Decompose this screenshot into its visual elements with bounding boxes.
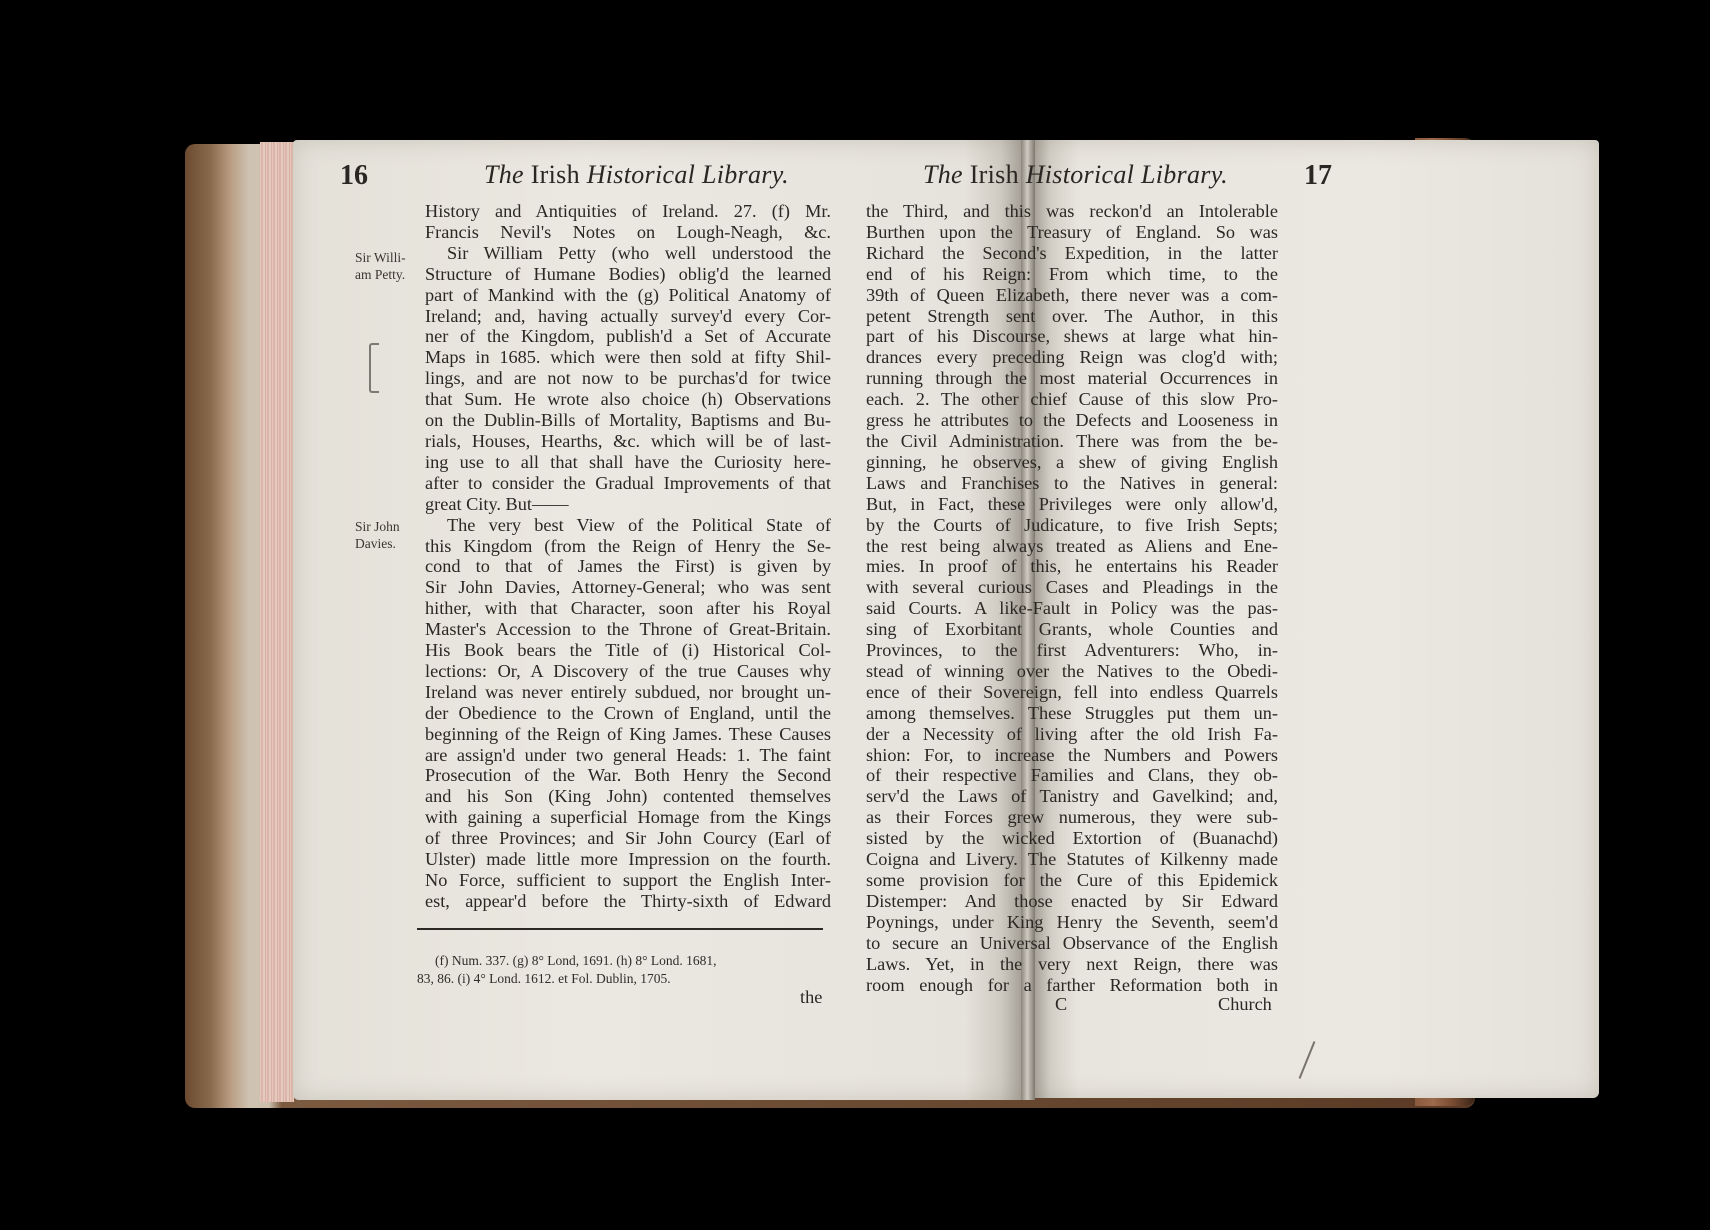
text-line: sisted by the wicked Extortion of (Buana… bbox=[866, 828, 1278, 849]
text-line: beginning of the Reign of King James. Th… bbox=[425, 724, 831, 745]
text-line: of three Provinces; and Sir John Courcy … bbox=[425, 828, 831, 849]
text-line: this Kingdom (from the Reign of Henry th… bbox=[425, 536, 831, 557]
catchword-right: Church bbox=[1218, 994, 1272, 1015]
text-line: the rest being always treated as Aliens … bbox=[866, 536, 1278, 557]
text-line: part of Mankind with the (g) Political A… bbox=[425, 285, 831, 306]
text-line: Distemper: And those enacted by Sir Edwa… bbox=[866, 891, 1278, 912]
text-line: hither, with that Character, soon after … bbox=[425, 598, 831, 619]
running-head-left: The Irish Historical Library. bbox=[484, 160, 789, 190]
text-line: Provinces, to the first Adventurers: Who… bbox=[866, 640, 1278, 661]
text-line: the Third, and this was reckon'd an Into… bbox=[866, 201, 1278, 222]
footnote-rule bbox=[417, 928, 823, 930]
text-line: end of his Reign: From which time, to th… bbox=[866, 264, 1278, 285]
text-line: with gaining a superficial Homage from t… bbox=[425, 807, 831, 828]
right-page-body: the Third, and this was reckon'd an Into… bbox=[866, 201, 1278, 995]
text-line: to secure an Universal Observance of the… bbox=[866, 933, 1278, 954]
running-head-word: Library. bbox=[1141, 160, 1228, 189]
text-line: Structure of Humane Bodies) oblig'd the … bbox=[425, 264, 831, 285]
text-line: Ireland; and, having actually survey'd e… bbox=[425, 306, 831, 327]
marginal-line: Sir Willi- bbox=[355, 249, 406, 266]
text-line: great City. But—— bbox=[425, 494, 831, 515]
text-line: ner of the Kingdom, publish'd a Set of A… bbox=[425, 326, 831, 347]
text-line: drances every preceding Reign was clog'd… bbox=[866, 347, 1278, 368]
text-line: said Courts. A like-Fault in Policy was … bbox=[866, 598, 1278, 619]
text-line: His Book bears the Title of (i) Historic… bbox=[425, 640, 831, 661]
running-head-word: The bbox=[484, 160, 524, 189]
text-line: ing use to all that shall have the Curio… bbox=[425, 452, 831, 473]
text-line: Ulster) made little more Impression on t… bbox=[425, 849, 831, 870]
text-line: Prosecution of the War. Both Henry the S… bbox=[425, 765, 831, 786]
text-line: No Force, sufficient to support the Engl… bbox=[425, 870, 831, 891]
text-line: and his Son (King John) contented themse… bbox=[425, 786, 831, 807]
text-line: But, in Fact, these Privileges were only… bbox=[866, 494, 1278, 515]
text-line: are assign'd under two general Heads: 1.… bbox=[425, 745, 831, 766]
running-head-word: Irish bbox=[970, 160, 1019, 189]
text-line: Ireland was never entirely subdued, nor … bbox=[425, 682, 831, 703]
marginal-line: am Petty. bbox=[355, 266, 406, 283]
text-line: Poynings, under King Henry the Seventh, … bbox=[866, 912, 1278, 933]
marginal-line: Davies. bbox=[355, 535, 400, 552]
marginal-line: Sir John bbox=[355, 518, 400, 535]
text-line: 39th of Queen Elizabeth, there never was… bbox=[866, 285, 1278, 306]
pencil-bracket-mark bbox=[369, 343, 379, 393]
text-line: rials, Houses, Hearths, &c. which will b… bbox=[425, 431, 831, 452]
text-line: stead of winning over the Natives to the… bbox=[866, 661, 1278, 682]
text-line: the Civil Administration. There was from… bbox=[866, 431, 1278, 452]
marginal-note-davies: Sir John Davies. bbox=[355, 518, 400, 552]
text-line: shion: For, to increase the Numbers and … bbox=[866, 745, 1278, 766]
text-line: est, appear'd before the Thirty-sixth of… bbox=[425, 891, 831, 912]
text-line: Burthen upon the Treasury of England. So… bbox=[866, 222, 1278, 243]
text-line: der Obedience to the Crown of England, u… bbox=[425, 703, 831, 724]
text-line: Master's Accession to the Throne of Grea… bbox=[425, 619, 831, 640]
running-head-right: The Irish Historical Library. bbox=[923, 160, 1228, 190]
footnote-line: (f) Num. 337. (g) 8° Lond, 1691. (h) 8° … bbox=[417, 952, 827, 970]
text-line: der a Necessity of living after the old … bbox=[866, 724, 1278, 745]
page-edges-left bbox=[260, 142, 294, 1102]
running-head-word: The bbox=[923, 160, 963, 189]
text-line: The very best View of the Political Stat… bbox=[425, 515, 831, 536]
text-line: as their Forces grew numerous, they were… bbox=[866, 807, 1278, 828]
text-line: gress he attributes to the Defects and L… bbox=[866, 410, 1278, 431]
text-line: Sir John Davies, Attorney-General; who w… bbox=[425, 577, 831, 598]
text-line: cond to that of James the First) is give… bbox=[425, 556, 831, 577]
running-head-word: Historical bbox=[1026, 160, 1134, 189]
catchword-left: the bbox=[800, 987, 822, 1008]
text-line: with several curious Cases and Pleadings… bbox=[866, 577, 1278, 598]
text-line: ginning, he observes, a shew of giving E… bbox=[866, 452, 1278, 473]
footnote-line: 83, 86. (i) 4° Lond. 1612. et Fol. Dubli… bbox=[417, 970, 827, 988]
text-line: that Sum. He wrote also choice (h) Obser… bbox=[425, 389, 831, 410]
text-line: Maps in 1685. which were then sold at fi… bbox=[425, 347, 831, 368]
marginal-note-petty: Sir Willi- am Petty. bbox=[355, 249, 406, 283]
text-line: Sir William Petty (who well understood t… bbox=[425, 243, 831, 264]
text-line: by the Courts of Judicature, to five Iri… bbox=[866, 515, 1278, 536]
text-line: on the Dublin-Bills of Mortality, Baptis… bbox=[425, 410, 831, 431]
text-line: Laws and Franchises to the Natives in ge… bbox=[866, 473, 1278, 494]
text-line: after to consider the Gradual Improvemen… bbox=[425, 473, 831, 494]
text-line: Coigna and Livery. The Statutes of Kilke… bbox=[866, 849, 1278, 870]
text-line: some provision for the Cure of this Epid… bbox=[866, 870, 1278, 891]
text-line: lections: Or, A Discovery of the true Ca… bbox=[425, 661, 831, 682]
text-line: of their respective Families and Clans, … bbox=[866, 765, 1278, 786]
running-head-word: Library. bbox=[702, 160, 789, 189]
text-line: ence of their Sovereign, fell into endle… bbox=[866, 682, 1278, 703]
text-line: part of his Discourse, shews at large wh… bbox=[866, 326, 1278, 347]
text-line: Francis Nevil's Notes on Lough-Neagh, &c… bbox=[425, 222, 831, 243]
text-line: lings, and are not now to be purchas'd f… bbox=[425, 368, 831, 389]
text-line: Richard the Second's Expedition, in the … bbox=[866, 243, 1278, 264]
text-line: running through the most material Occurr… bbox=[866, 368, 1278, 389]
left-page-body: History and Antiquities of Ireland. 27. … bbox=[425, 201, 831, 912]
text-line: sing of Exorbitant Grants, whole Countie… bbox=[866, 619, 1278, 640]
text-line: serv'd the Laws of Tanistry and Gavelkin… bbox=[866, 786, 1278, 807]
running-head-word: Historical bbox=[587, 160, 695, 189]
text-line: petent Strength sent over. The Author, i… bbox=[866, 306, 1278, 327]
footnotes: (f) Num. 337. (g) 8° Lond, 1691. (h) 8° … bbox=[417, 952, 827, 988]
text-line: Laws. Yet, in the very next Reign, there… bbox=[866, 954, 1278, 975]
text-line: among themselves. These Struggles put th… bbox=[866, 703, 1278, 724]
signature-mark: C bbox=[1055, 994, 1067, 1015]
page-number-right: 17 bbox=[1304, 160, 1332, 192]
text-line: room enough for a farther Reformation bo… bbox=[866, 975, 1278, 996]
text-line: each. 2. The other chief Cause of this s… bbox=[866, 389, 1278, 410]
running-head-word: Irish bbox=[531, 160, 580, 189]
text-line: mies. In proof of this, he entertains hi… bbox=[866, 556, 1278, 577]
page-number-left: 16 bbox=[340, 160, 368, 192]
text-line: History and Antiquities of Ireland. 27. … bbox=[425, 201, 831, 222]
